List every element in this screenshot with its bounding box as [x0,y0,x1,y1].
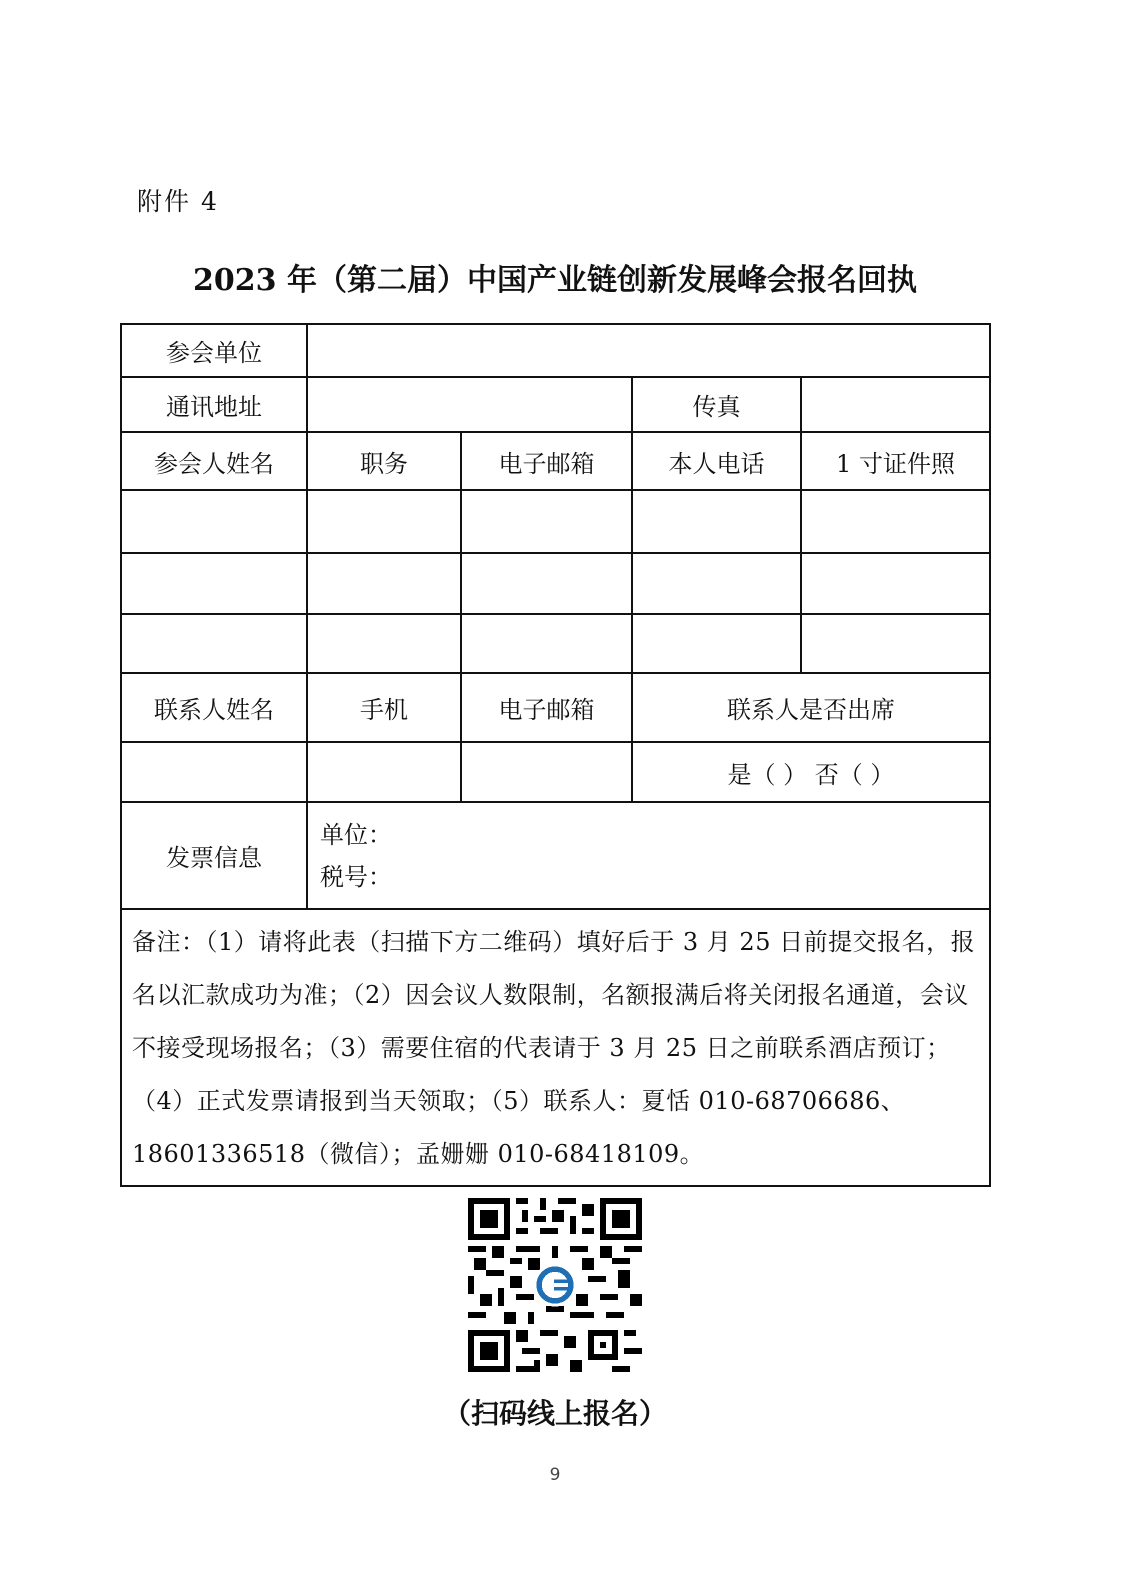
attendee-phone-field[interactable] [632,553,801,614]
attendee-email-field[interactable] [461,553,632,614]
notes-text: 备注：（1）请将此表（扫描下方二维码）填好后于 3 月 25 日前提交报名，报名… [121,909,990,1186]
header-contact-name: 联系人姓名 [121,673,307,742]
qr-caption: （扫码线上报名） [0,1392,1110,1432]
attendee-row [121,490,990,553]
header-mobile: 手机 [307,673,461,742]
contact-name-field[interactable] [121,742,307,802]
attendee-phone-field[interactable] [632,490,801,553]
header-attendee-name: 参会人姓名 [121,432,307,490]
attachment-label: 附件 4 [137,182,219,218]
qr-code-icon[interactable] [468,1198,642,1372]
header-position: 职务 [307,432,461,490]
contact-email-field[interactable] [461,742,632,802]
attendee-name-field[interactable] [121,553,307,614]
attendee-photo-field[interactable] [801,553,990,614]
page-title: 2023 年（第二届）中国产业链创新发展峰会报名回执 [0,255,1110,299]
attendee-position-field[interactable] [307,614,461,673]
org-label: 参会单位 [121,324,307,377]
registration-form-table: 参会单位 通讯地址 传真 参会人姓名 职务 电子邮箱 本人电话 1 寸证件照 联… [120,323,991,1187]
attendee-name-field[interactable] [121,490,307,553]
fax-label: 传真 [632,377,801,432]
invoice-unit-label: 单位： [320,814,989,856]
attendee-position-field[interactable] [307,490,461,553]
attendee-photo-field[interactable] [801,614,990,673]
attendee-photo-field[interactable] [801,490,990,553]
contact-attend-choice[interactable]: 是（ ） 否（ ） [632,742,990,802]
attendee-row [121,553,990,614]
header-phone: 本人电话 [632,432,801,490]
header-email: 电子邮箱 [461,432,632,490]
fax-field[interactable] [801,377,990,432]
attendee-row [121,614,990,673]
header-contact-attend: 联系人是否出席 [632,673,990,742]
invoice-fields[interactable]: 单位： 税号： [307,802,990,909]
invoice-tax-label: 税号： [320,856,989,898]
attendee-phone-field[interactable] [632,614,801,673]
header-contact-email: 电子邮箱 [461,673,632,742]
page-number: 9 [0,1465,1110,1485]
address-label: 通讯地址 [121,377,307,432]
invoice-label: 发票信息 [121,802,307,909]
header-photo: 1 寸证件照 [801,432,990,490]
address-field[interactable] [307,377,632,432]
attendee-position-field[interactable] [307,553,461,614]
org-field[interactable] [307,324,990,377]
attendee-name-field[interactable] [121,614,307,673]
contact-row: 是（ ） 否（ ） [121,742,990,802]
attendee-email-field[interactable] [461,490,632,553]
attendee-email-field[interactable] [461,614,632,673]
contact-mobile-field[interactable] [307,742,461,802]
